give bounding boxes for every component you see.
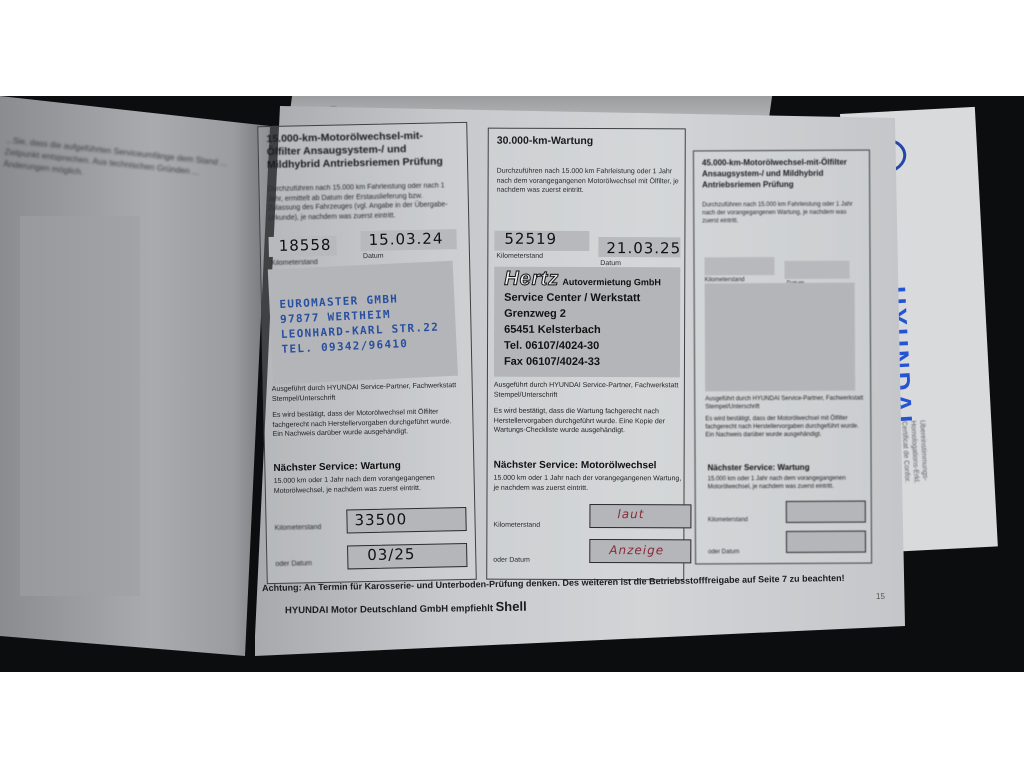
service-card-30000: 30.000-km-Wartung Durchzuführen nach 15.… [486, 128, 686, 581]
next-mileage-label: Kilometerstand [708, 517, 748, 523]
card-title: 15.000-km-Motorölwechsel-mit-Ölfilter An… [266, 129, 457, 172]
next-date-box [786, 531, 866, 553]
confirmation: Es wird bestätigt, dass die Wartung fach… [494, 407, 684, 436]
next-mileage-label: Kilometerstand [493, 522, 540, 529]
next-mileage-box [786, 501, 866, 523]
next-service-title: Nächster Service: Wartung [273, 460, 401, 474]
dealer-stamp: EUROMASTER GMBH 97877 WERTHEIM LEONHARD-… [268, 261, 458, 385]
next-date-label: oder Datum [493, 557, 530, 564]
left-page-box [20, 216, 140, 596]
page-number: 15 [876, 592, 885, 601]
next-service-title: Nächster Service: Wartung [708, 463, 810, 473]
left-page: ...Sie, dass die aufgeführten Serviceumf… [0, 96, 275, 656]
card-intro: Durchzuführen nach 15.000 km Fahrleistun… [267, 181, 453, 223]
next-date-label: oder Datum [275, 560, 312, 568]
next-date-label: oder Datum [708, 549, 739, 555]
hertz-logo: Hertz [504, 268, 559, 290]
next-mileage-value: 33500 [354, 510, 407, 529]
next-date-value: Anzeige [609, 543, 664, 557]
date-value: 21.03.25 [606, 239, 681, 257]
date-field [784, 261, 849, 279]
next-service-title: Nächster Service: Motorölwechsel [494, 460, 657, 472]
dealer-stamp: Hertz Autovermietung GmbH Service Center… [494, 267, 680, 378]
card-intro: Durchzuführen nach 15.000 km Fahrleistun… [702, 201, 862, 226]
card-intro: Durchzuführen nach 15.000 km Fahrleistun… [497, 167, 682, 196]
next-mileage-value: laut [617, 507, 644, 521]
shell-brand: Shell [496, 599, 527, 614]
left-page-text: ...Sie, dass die aufgeführten Serviceumf… [3, 134, 245, 195]
performed-by: Ausgeführt durch HYUNDAI Service-Partner… [705, 395, 865, 412]
date-value: 15.03.24 [368, 229, 443, 249]
next-mileage-label: Kilometerstand [275, 524, 322, 532]
date-label: Datum [600, 260, 621, 267]
next-service-text: 15.000 km oder 1 Jahr nach dem vorangega… [708, 475, 868, 492]
next-date-value: 03/25 [367, 545, 416, 564]
footer-sponsor: HYUNDAI Motor Deutschland GmbH empfiehlt… [285, 599, 527, 617]
card-title: 30.000-km-Wartung [497, 135, 687, 149]
performed-by: Ausgeführt durch HYUNDAI Service-Partner… [494, 381, 684, 401]
mileage-value: 52519 [504, 230, 557, 248]
stamp-area-empty [705, 283, 856, 392]
performed-by: Ausgeführt durch HYUNDAI Service-Partner… [272, 381, 462, 404]
mileage-field [704, 257, 774, 275]
mileage-value: 18558 [279, 236, 332, 255]
service-card-45000: 45.000-km-Motorölwechsel-mit-Ölfilter An… [693, 150, 872, 565]
confirmation: Es wird bestätigt, dass der Motorölwechs… [705, 415, 865, 440]
service-card-15000: 15.000-km-Motorölwechsel-mit-Ölfilter An… [257, 122, 477, 584]
next-service-text: 15.000 km oder 1 Jahr nach dem vorangega… [274, 473, 464, 496]
mileage-label: Kilometerstand [496, 253, 543, 260]
confirmation: Es wird bestätigt, dass der Motorölwechs… [272, 407, 463, 439]
mileage-label: Kilometerstand [271, 259, 318, 267]
next-service-text: 15.000 km oder 1 Jahr nach der vorangega… [494, 474, 684, 494]
date-label: Datum [363, 253, 384, 260]
card-title: 45.000-km-Motorölwechsel-mit-Ölfilter An… [702, 157, 867, 191]
